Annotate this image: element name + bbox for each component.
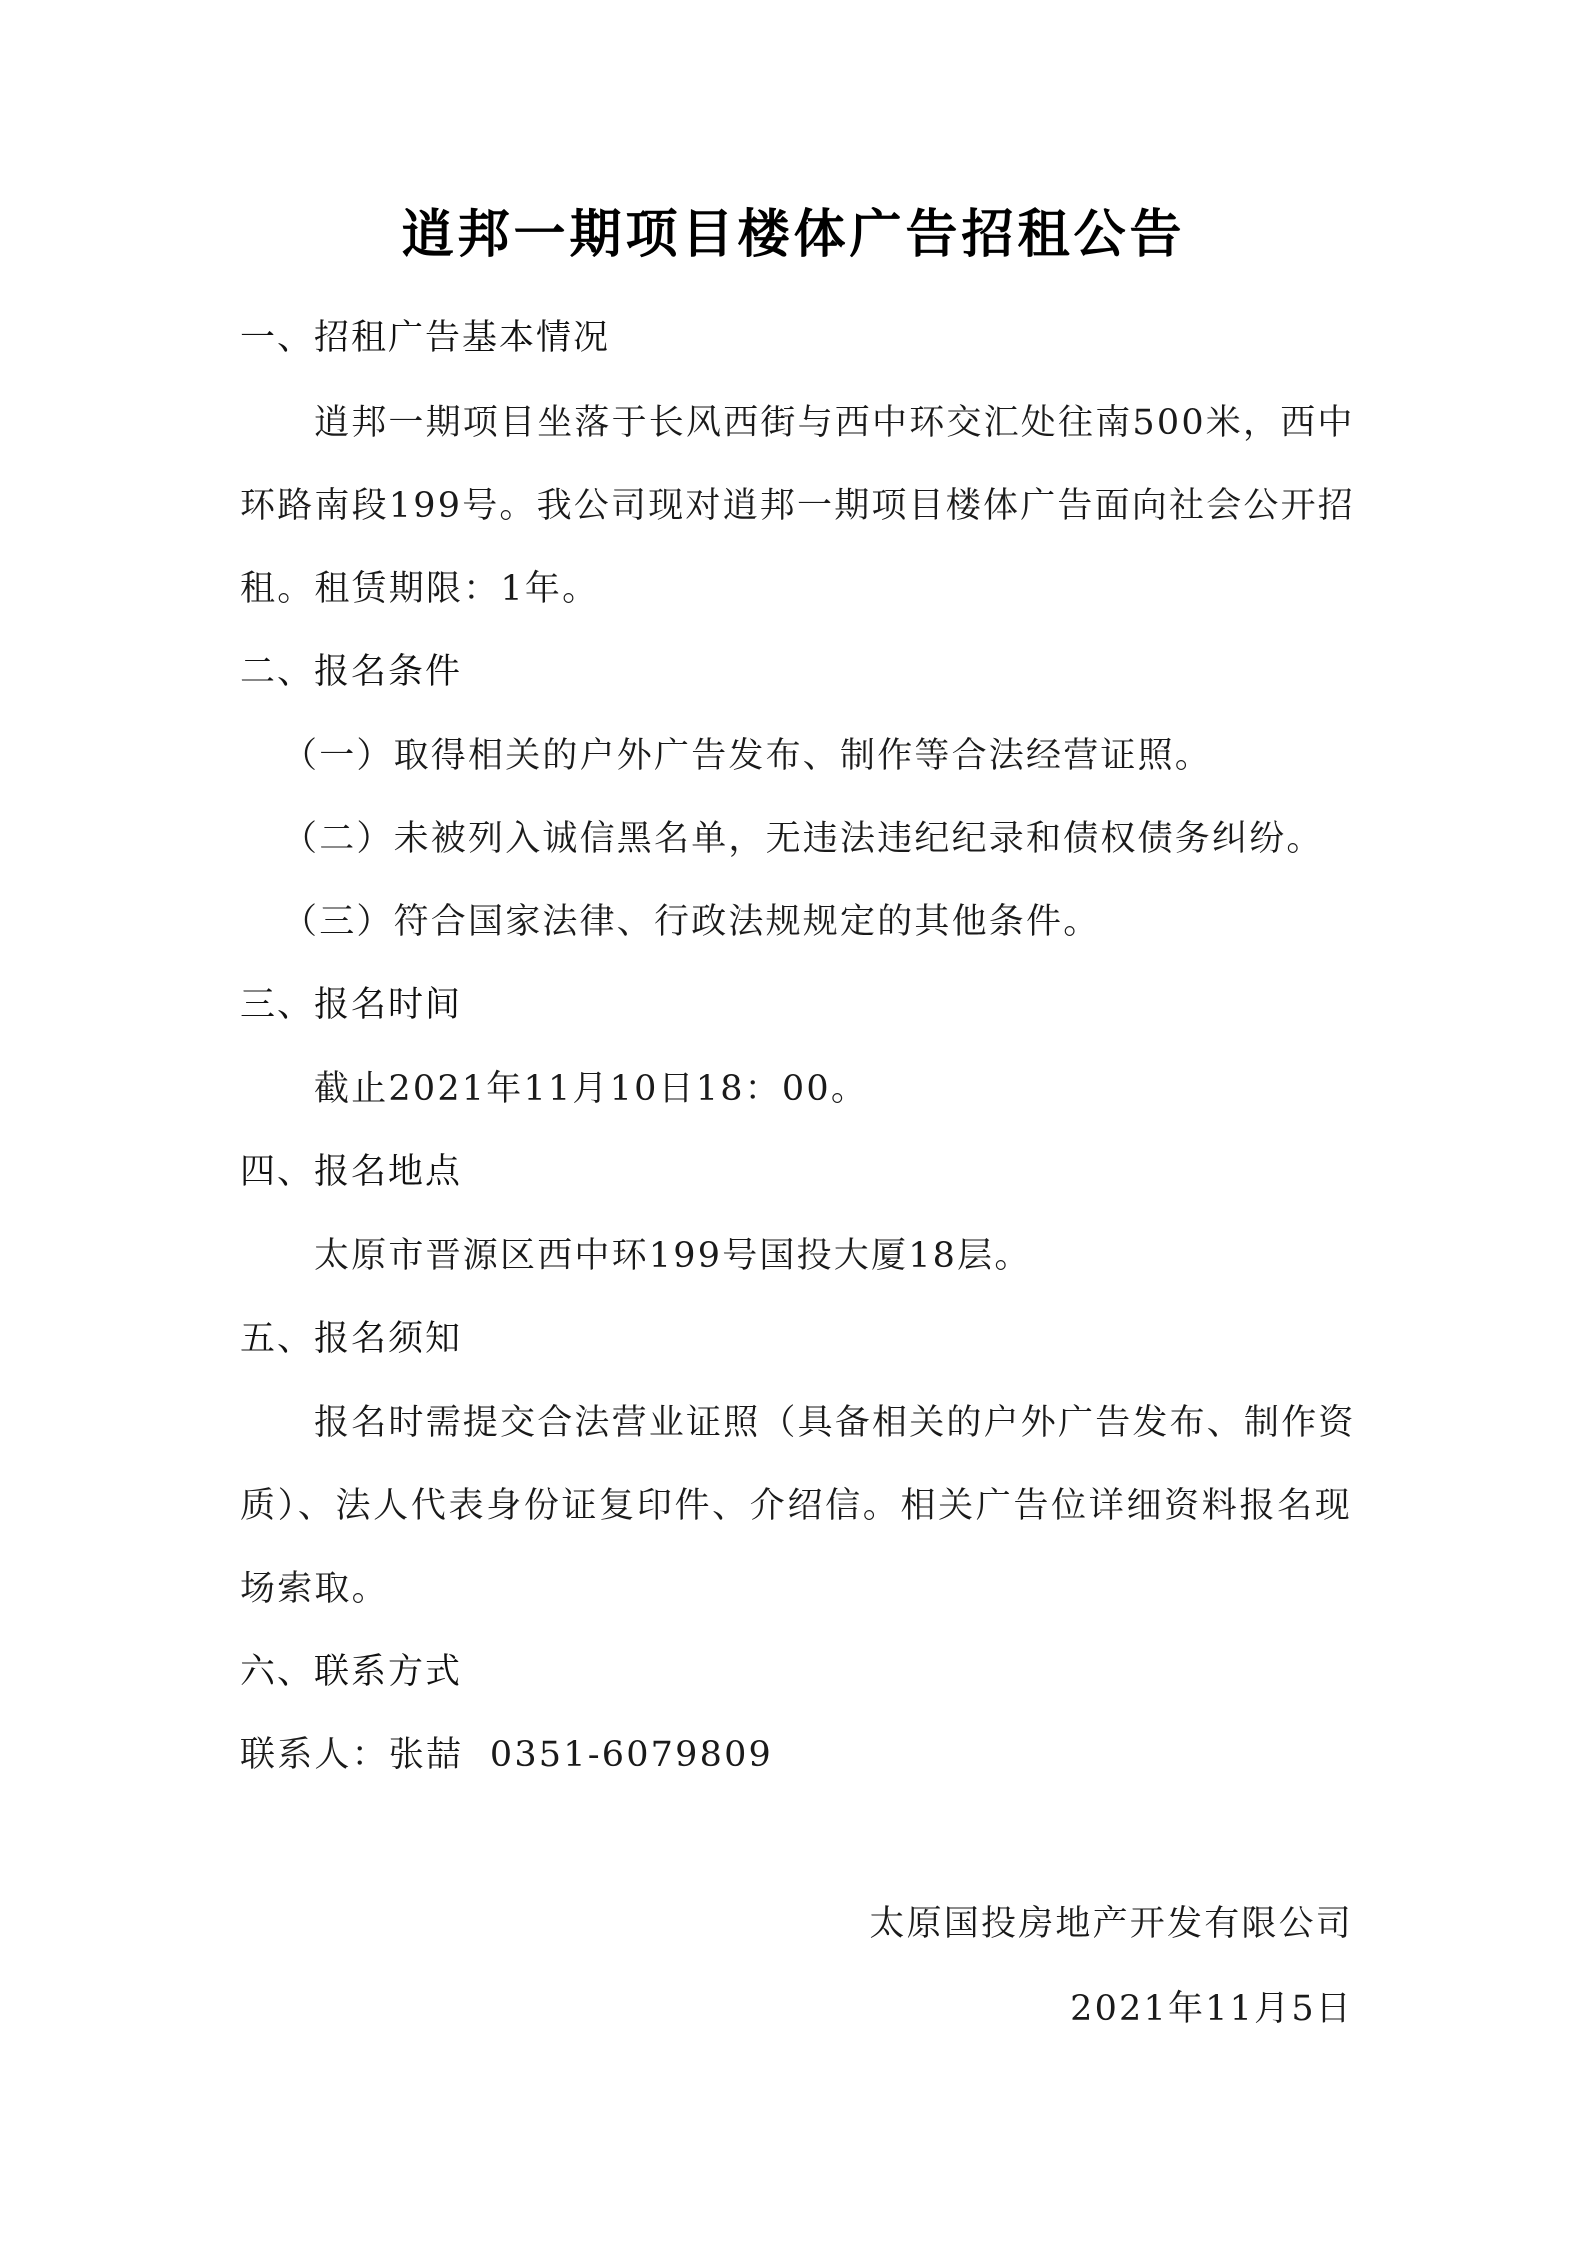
requirement-item: （一）取得相关的户外广告发布、制作等合法经营证照。 <box>282 731 1352 781</box>
paragraph-line: 环路南段199号。我公司现对逍邦一期项目楼体广告面向社会公开招 <box>240 481 1352 531</box>
paragraph-line: 质）、法人代表身份证复印件、介绍信。相关广告位详细资料报名现 <box>240 1481 1352 1531</box>
section-heading-location: 四、报名地点 <box>240 1147 1352 1197</box>
document-title: 逍邦一期项目楼体广告招租公告 <box>0 200 1587 270</box>
document-page: 逍邦一期项目楼体广告招租公告 一、招租广告基本情况 逍邦一期项目坐落于长风西街与… <box>0 0 1587 2245</box>
section-heading-basic-info: 一、招租广告基本情况 <box>240 313 1352 363</box>
section-heading-contact: 六、联系方式 <box>240 1647 1352 1697</box>
section-heading-notice: 五、报名须知 <box>240 1314 1352 1364</box>
section-heading-requirements: 二、报名条件 <box>240 647 1352 697</box>
paragraph-line: 场索取。 <box>240 1564 1352 1614</box>
contact-info: 联系人：张喆 0351-6079809 <box>240 1730 1352 1780</box>
requirement-item: （二）未被列入诚信黑名单，无违法违纪纪录和债权债务纠纷。 <box>282 814 1352 864</box>
registration-address: 太原市晋源区西中环199号国投大厦18层。 <box>314 1231 1352 1281</box>
paragraph-line: 报名时需提交合法营业证照（具备相关的户外广告发布、制作资 <box>314 1398 1352 1448</box>
paragraph-line: 逍邦一期项目坐落于长风西街与西中环交汇处往南500米，西中 <box>314 398 1352 448</box>
registration-deadline: 截止2021年11月10日18：00。 <box>314 1064 1352 1114</box>
signature-date: 2021年11月5日 <box>1070 1984 1353 2034</box>
signature-company: 太原国投房地产开发有限公司 <box>869 1899 1353 1949</box>
paragraph-line: 租。租赁期限：1年。 <box>240 564 1352 614</box>
requirement-item: （三）符合国家法律、行政法规规定的其他条件。 <box>282 897 1352 947</box>
section-heading-time: 三、报名时间 <box>240 980 1352 1030</box>
